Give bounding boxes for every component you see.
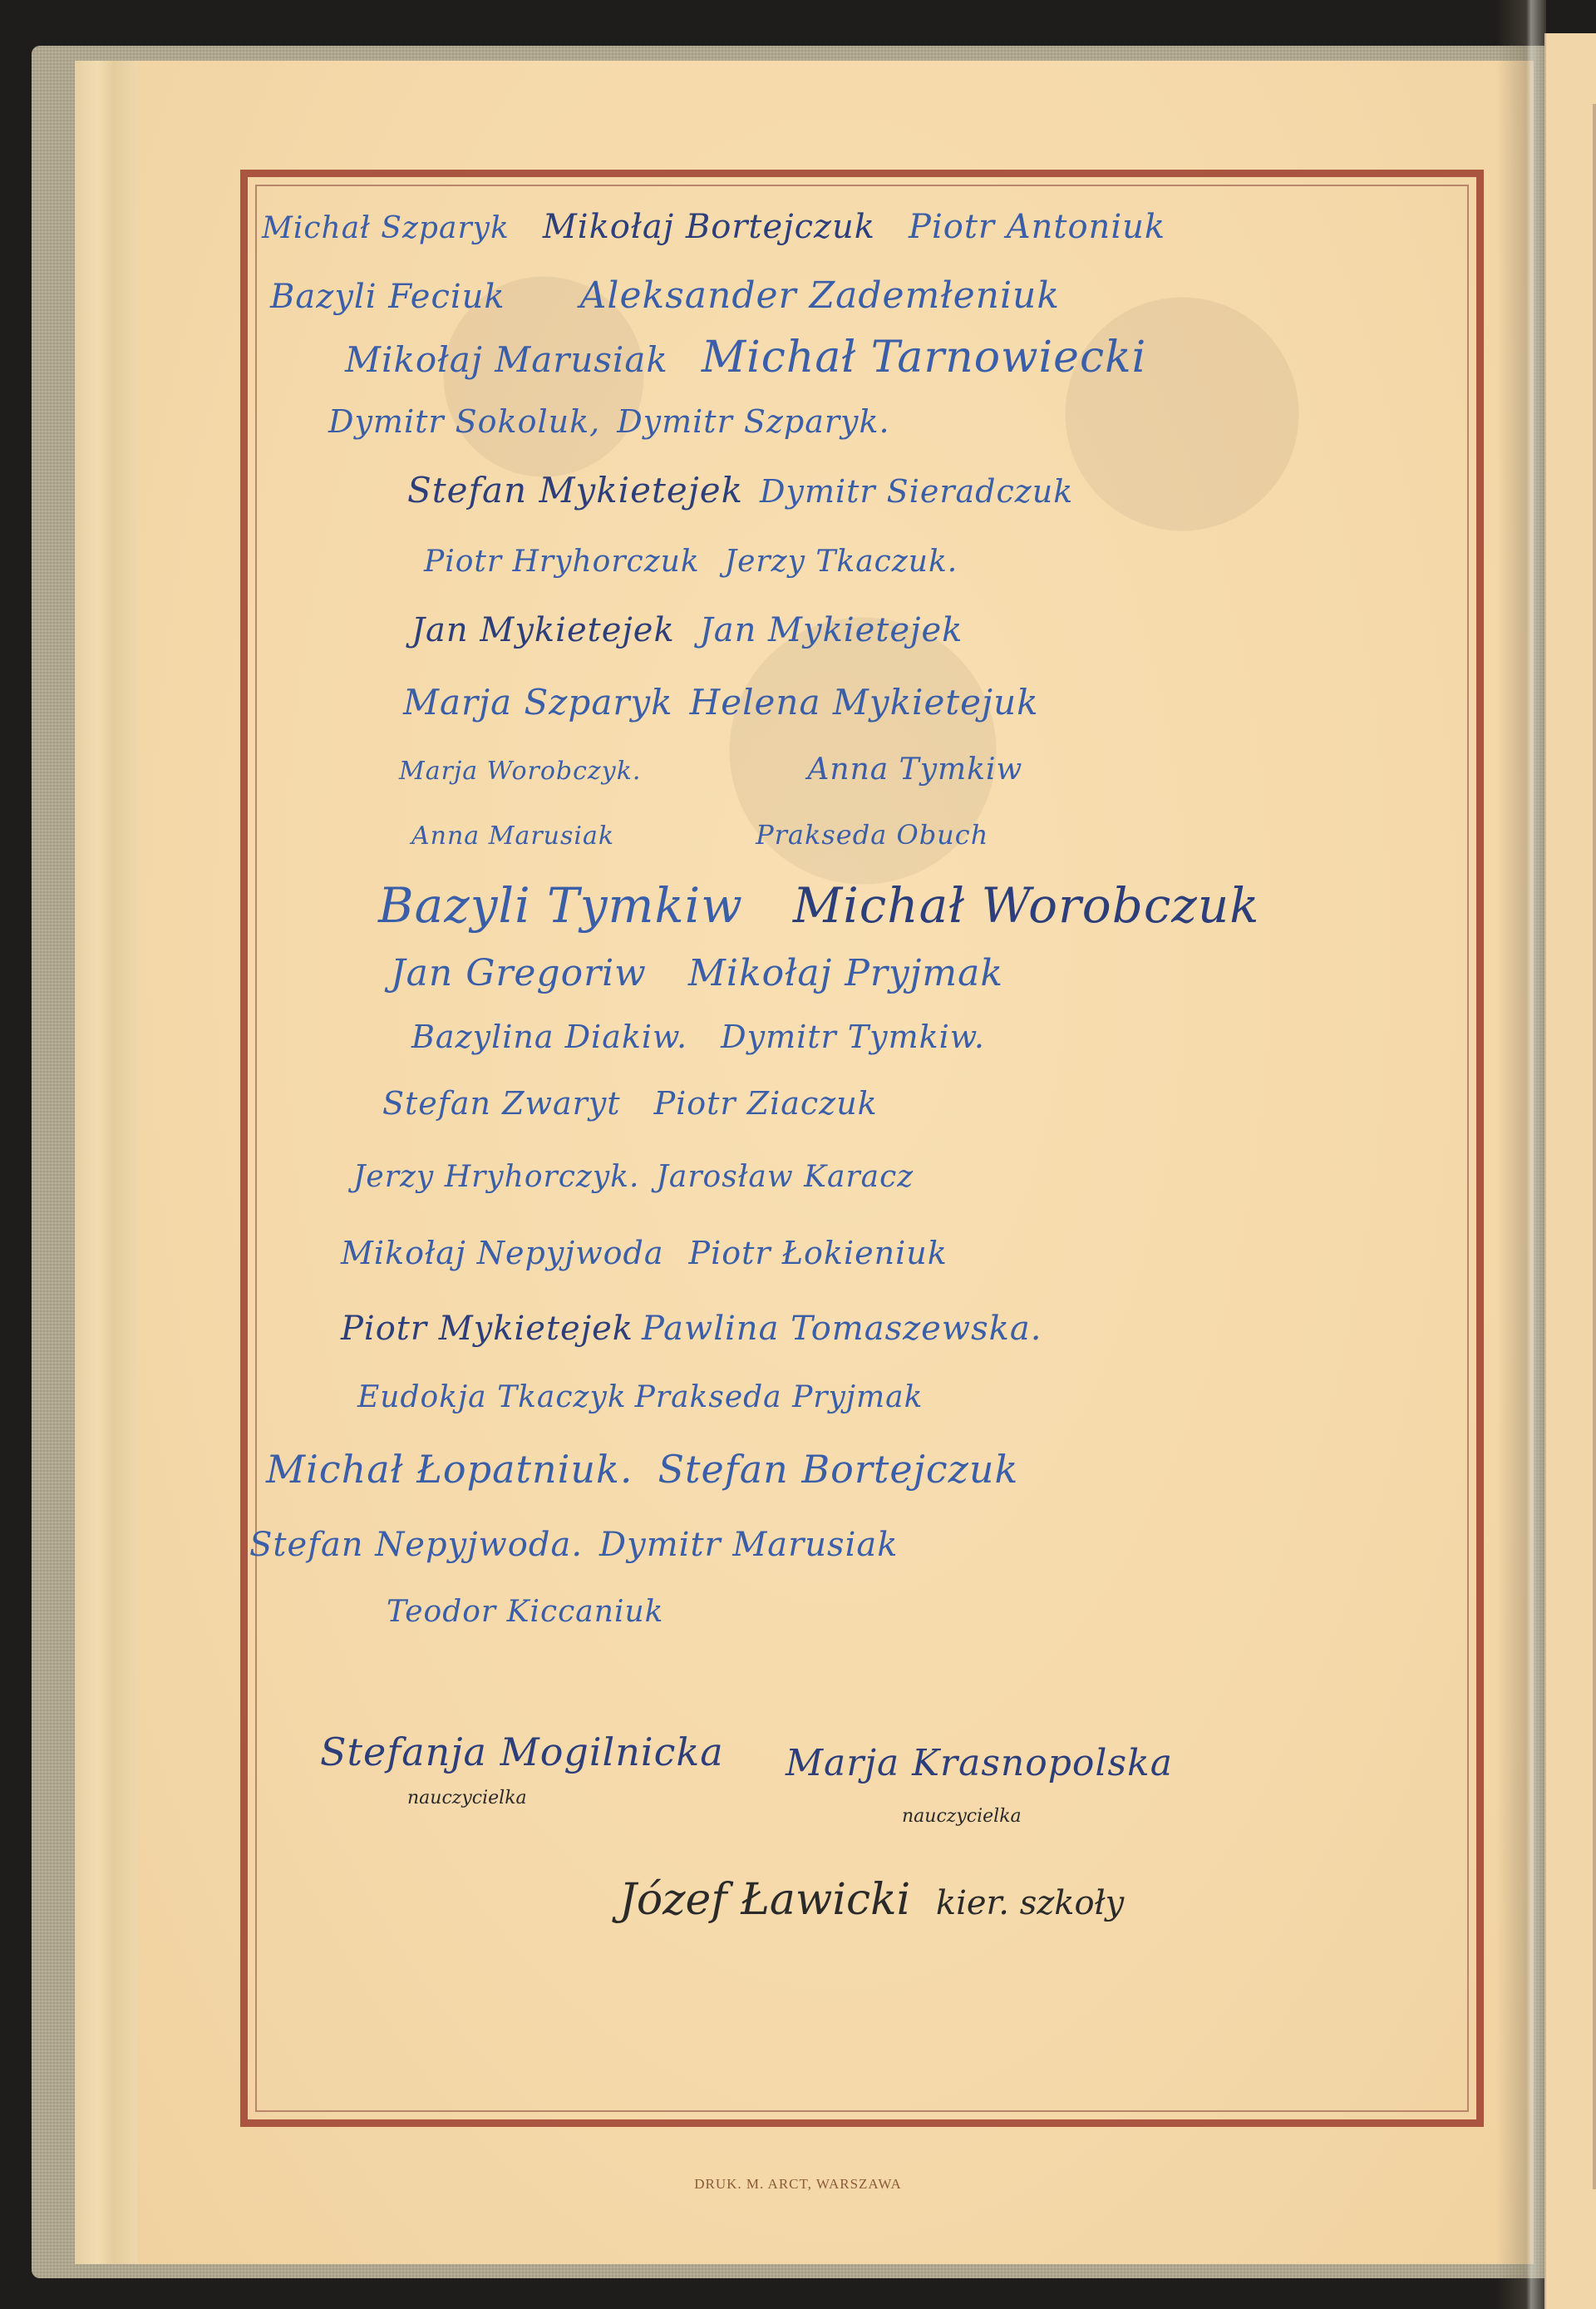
staff-title-1: nauczycielka	[407, 1788, 527, 1808]
signature-line-4: Dymitr Sokoluk,Dymitr Szparyk.	[328, 403, 924, 440]
staff-name: Józef Ławicki	[619, 1875, 910, 1925]
signature: Michał Worobczuk	[793, 877, 1260, 934]
signature: Pawlina Tomaszewska.	[642, 1310, 1042, 1348]
signature-line-21: Teodor Kiccaniuk	[387, 1595, 697, 1629]
signature-line-5: Stefan MykietejekDymitr Sieradczuk	[407, 470, 1106, 511]
signature: Eudokja Tkaczyk	[357, 1380, 627, 1414]
signature: Stefan Mykietejek	[407, 470, 743, 511]
signature: Piotr Antoniuk	[909, 208, 1165, 246]
signature: Anna Tymkiw	[807, 752, 1022, 787]
signature-line-1: Michał SzparykMikołaj BortejczukPiotr An…	[262, 208, 1199, 246]
signature-line-15: Jerzy Hryhorczyk.Jarosław Karacz	[353, 1160, 947, 1194]
staff-signature-1: Stefanja Mogilnicka	[320, 1729, 724, 1774]
signature-line-13: Bazylina Diakiw.Dymitr Tymkiw.	[411, 1019, 1018, 1055]
signature: Teodor Kiccaniuk	[387, 1595, 663, 1629]
signature-line-11: Bazyli TymkiwMichał Worobczuk	[378, 877, 1293, 934]
signature-line-14: Stefan ZwarytPiotr Ziaczuk	[382, 1085, 911, 1122]
signature-line-17: Piotr MykietejekPawlina Tomaszewska.	[341, 1310, 1075, 1348]
signature: Piotr Ziaczuk	[654, 1085, 878, 1122]
staff-title: nauczycielka	[902, 1806, 1022, 1827]
signature-line-8: Marja SzparykHelena Mykietejuk	[403, 682, 1072, 723]
signature: Mikołaj Nepyjwoda	[341, 1235, 664, 1271]
staff-name: Stefanja Mogilnicka	[320, 1729, 724, 1774]
signature: Stefan Bortejczuk	[658, 1447, 1018, 1492]
staff-signature-3: Józef Ławicki kier. szkoły	[619, 1875, 1124, 1925]
signature: Michał Łopatniuk.	[266, 1447, 633, 1492]
signature: Jan Mykietejek	[700, 611, 963, 649]
signature-line-18: Eudokja TkaczykPrakseda Pryjmak	[357, 1380, 956, 1414]
signature: Stefan Zwaryt	[382, 1085, 621, 1122]
signature: Prakseda Obuch	[756, 819, 988, 851]
signature: Piotr Mykietejek	[341, 1310, 633, 1348]
page-frame	[240, 170, 1484, 2127]
signature: Mikołaj Bortejczuk	[543, 208, 875, 246]
signature: Mikołaj Marusiak	[345, 339, 668, 380]
signature: Dymitr Sieradczuk	[760, 473, 1073, 510]
signature: Jerzy Hryhorczyk.	[353, 1160, 639, 1194]
signature: Jarosław Karacz	[656, 1160, 914, 1194]
signature-line-16: Mikołaj NepyjwodaPiotr Łokieniuk	[341, 1235, 981, 1271]
signature: Piotr Łokieniuk	[689, 1235, 948, 1271]
signature: Michał Szparyk	[262, 211, 510, 245]
signature: Dymitr Tymkiw.	[721, 1019, 985, 1055]
signature: Jan Gregoriw	[391, 952, 647, 994]
signature-line-3: Mikołaj MarusiakMichał Tarnowiecki	[345, 333, 1180, 382]
signature-line-7: Jan MykietejekJan Mykietejek	[411, 611, 996, 649]
signature-line-12: Jan GregoriwMikołaj Pryjmak	[391, 952, 1037, 994]
staff-title: kier. szkoły	[936, 1884, 1124, 1922]
page-edges	[75, 61, 140, 2264]
staff-signature-2: Marja Krasnopolska	[786, 1742, 1173, 1784]
facing-page: SCHOSZKO LOCAMIEJ DISTRPOW Pa Ra Mar Mar…	[1544, 33, 1596, 2309]
signature: Prakseda Pryjmak	[635, 1380, 924, 1414]
book-gutter	[1496, 0, 1546, 2309]
signature: Piotr Hryhorczuk	[424, 545, 700, 579]
signature: Anna Marusiak	[411, 821, 614, 851]
signature: Stefan Nepyjwoda.	[249, 1526, 583, 1564]
signature: Jerzy Tkaczuk.	[725, 545, 958, 579]
signature: Dymitr Szparyk.	[617, 403, 889, 440]
signature-line-2: Bazyli FeciukAleksander Zademłeniuk	[270, 274, 1093, 317]
signature: Michał Tarnowiecki	[702, 333, 1146, 382]
signature-line-9: Marja Worobczyk.Anna Tymkiw	[399, 752, 1056, 787]
signature-line-10: Anna MarusiakPrakseda Obuch	[411, 819, 1022, 851]
staff-name: Marja Krasnopolska	[786, 1742, 1173, 1784]
signature: Marja Szparyk	[403, 682, 673, 723]
signature: Aleksander Zademłeniuk	[580, 274, 1060, 317]
facing-page-border	[1593, 104, 1596, 2189]
signature-line-19: Michał Łopatniuk.Stefan Bortejczuk	[266, 1447, 1052, 1492]
signature: Bazyli Feciuk	[270, 278, 505, 316]
staff-title-2: nauczycielka	[902, 1806, 1022, 1827]
printer-imprint: DRUK. M. ARCT, WARSZAWA	[0, 2176, 1596, 2193]
signature: Bazylina Diakiw.	[411, 1019, 687, 1055]
signature: Bazyli Tymkiw	[378, 877, 743, 934]
signature: Dymitr Marusiak	[599, 1526, 898, 1564]
staff-title: nauczycielka	[407, 1788, 527, 1808]
signature: Helena Mykietejuk	[690, 682, 1039, 723]
signature: Marja Worobczyk.	[399, 757, 641, 786]
signature: Dymitr Sokoluk,	[328, 403, 600, 440]
signature-line-6: Piotr HryhorczukJerzy Tkaczuk.	[424, 545, 991, 579]
signature-line-20: Stefan Nepyjwoda.Dymitr Marusiak	[249, 1526, 931, 1564]
signature: Jan Mykietejek	[411, 611, 675, 649]
signature: Mikołaj Pryjmak	[688, 952, 1003, 994]
